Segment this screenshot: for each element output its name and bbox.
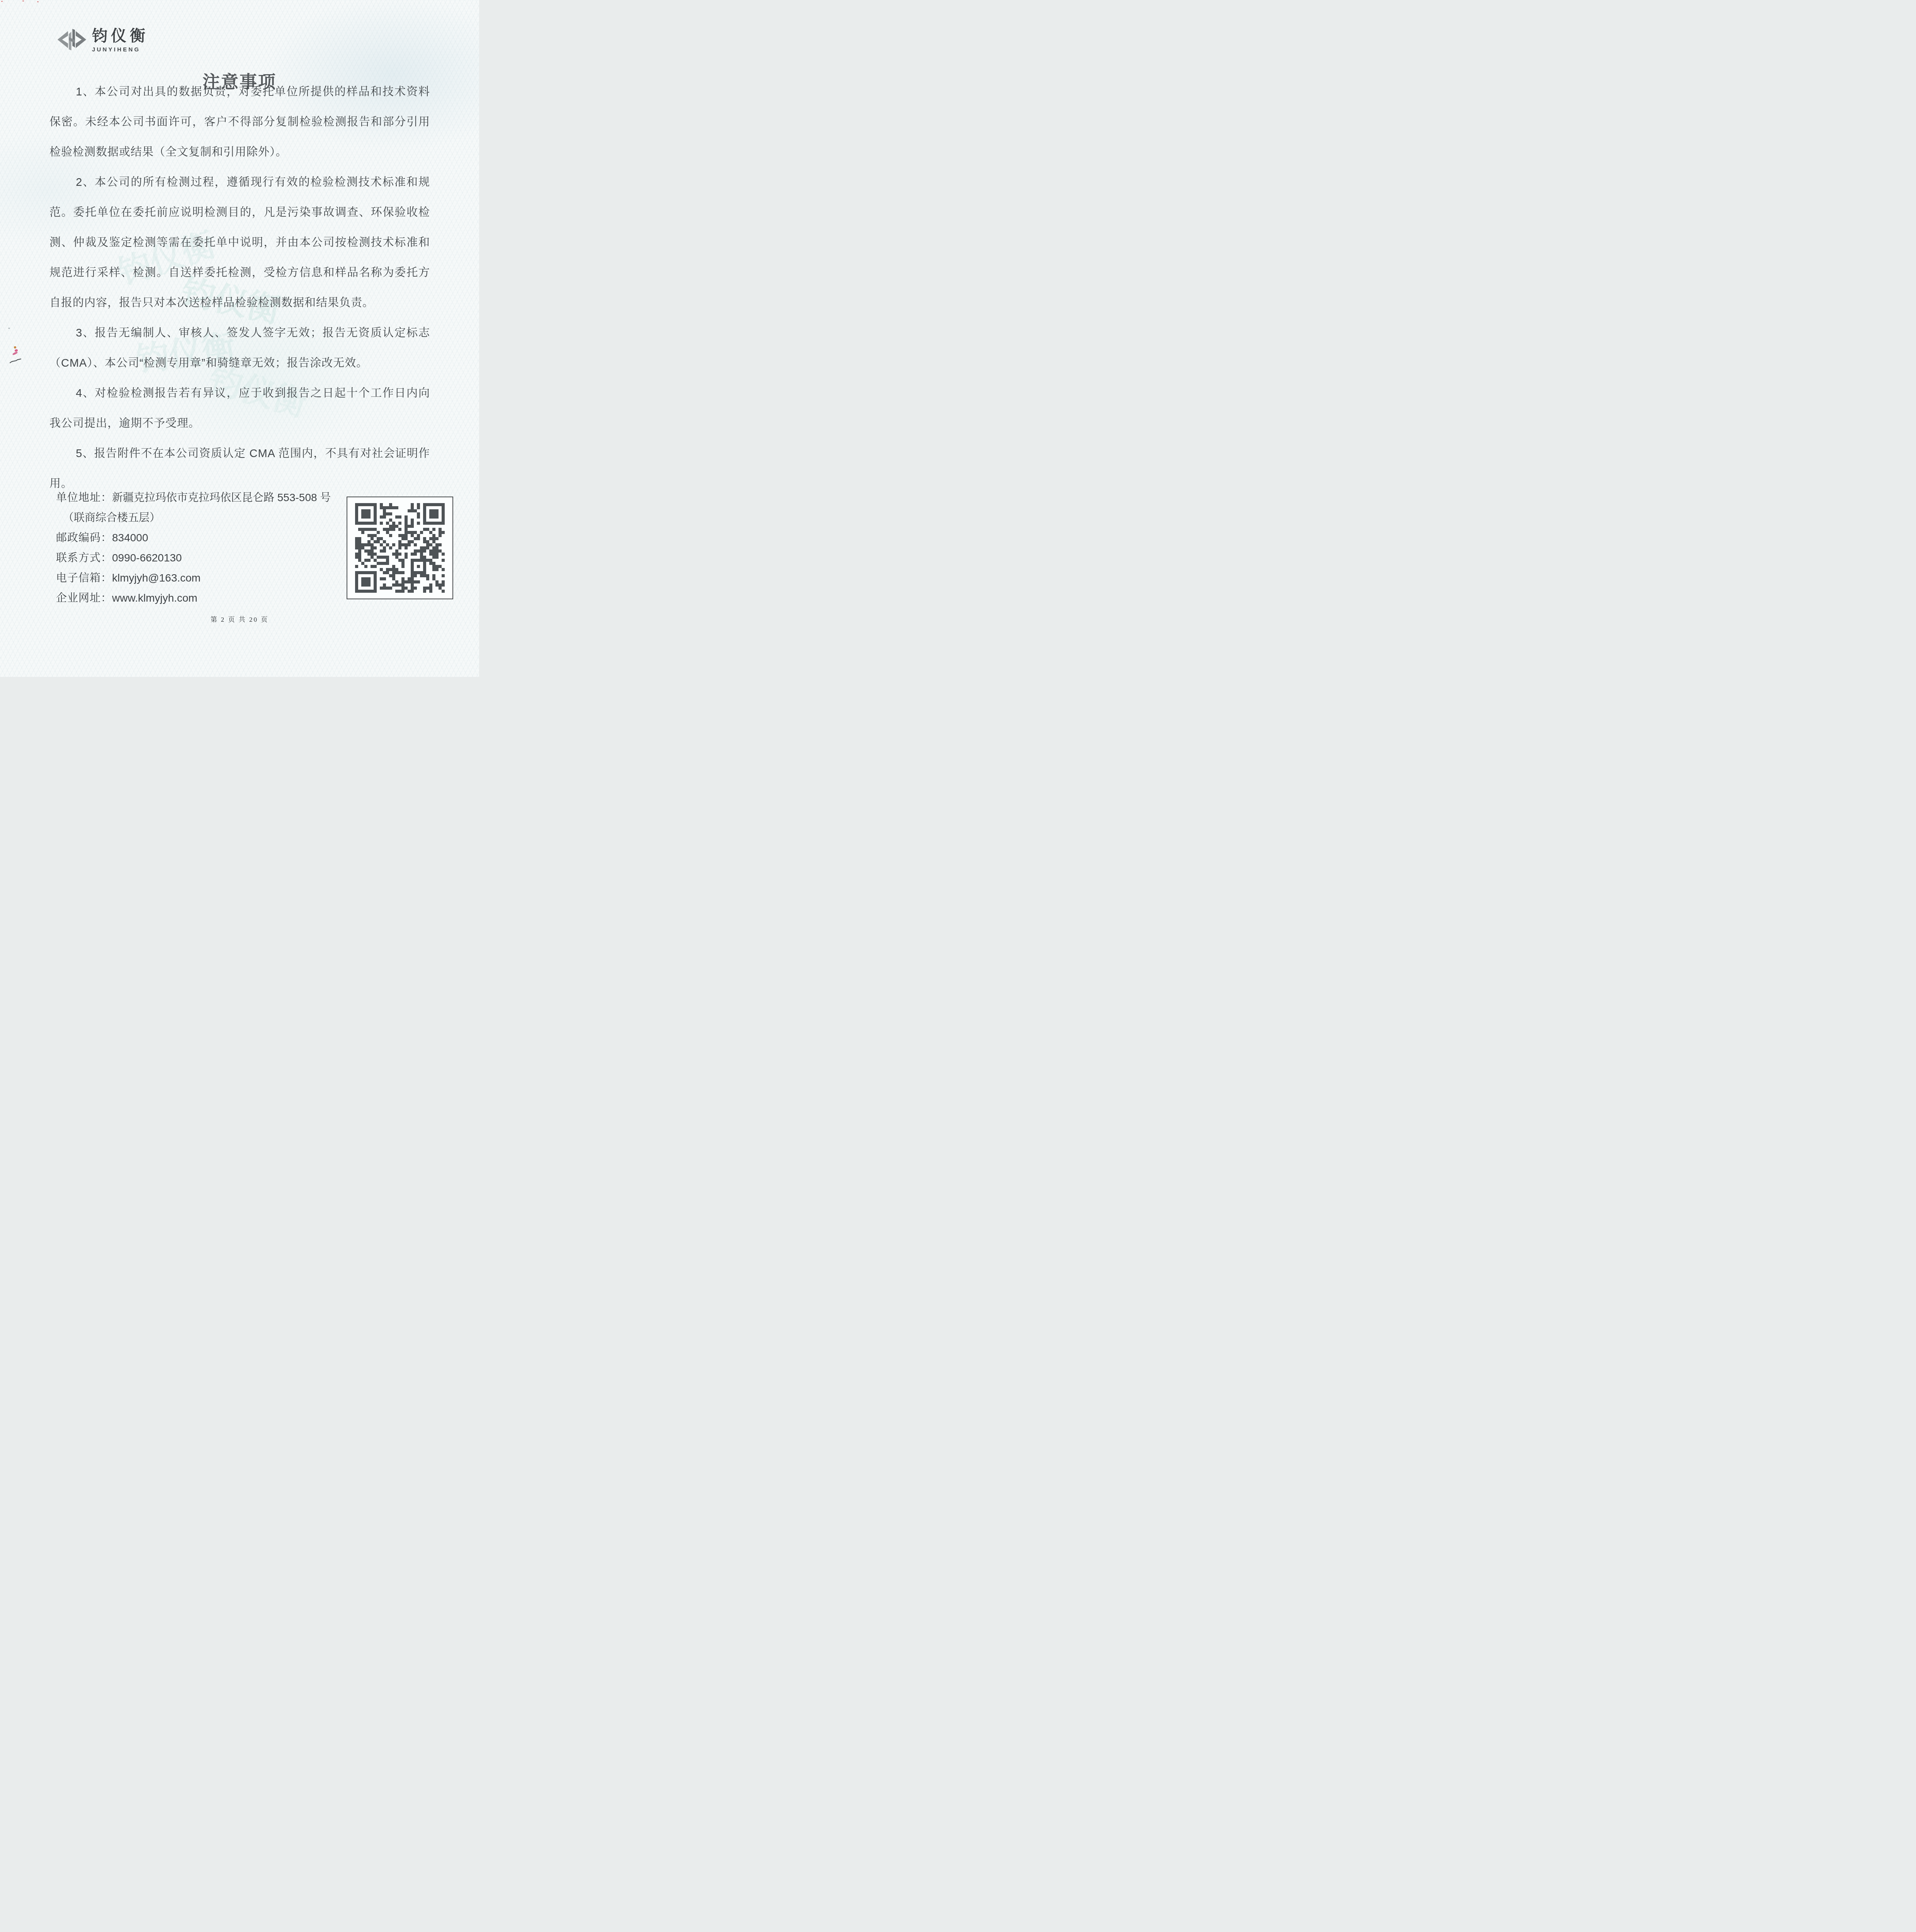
company-logo: 钧仪衡 JUNYIHENG: [56, 28, 149, 53]
scan-artifact: [9, 358, 22, 364]
contact-row-email: 电子信箱：klmyjyh@163.com: [56, 568, 350, 588]
scanned-report-page: 钧仪衡 钧仪衡 钧仪衡 钧仪衡 钧仪衡 JUNYIHENG 注意事项 1、本公司…: [0, 0, 479, 677]
note-paragraph-1: 1、本公司对出具的数据负责，对委托单位所提供的样品和技术资料保密。未经本公司书面…: [49, 77, 430, 167]
note-paragraph-4: 4、对检验检测报告若有异议，应于收到报告之日起十个工作日内向我公司提出，逾期不予…: [49, 378, 430, 439]
company-name-en: JUNYIHENG: [92, 46, 149, 53]
contact-block: 单位地址：新疆克拉玛依市克拉玛依区昆仑路 553-508 号 （联商综合楼五层）…: [56, 488, 350, 608]
contact-label: 单位地址：: [56, 492, 112, 503]
notes-body: 1、本公司对出具的数据负责，对委托单位所提供的样品和技术资料保密。未经本公司书面…: [49, 77, 430, 500]
qr-code: [347, 497, 453, 599]
contact-label: 企业网址：: [56, 592, 112, 604]
scan-artifact: [14, 349, 18, 352]
contact-value: 新疆克拉玛依市克拉玛依区昆仑路 553-508 号: [112, 492, 331, 503]
scan-artifact: [14, 346, 16, 349]
contact-value: 0990-6620130: [112, 552, 182, 564]
scan-artifact: [12, 351, 18, 355]
scan-artifact: [22, 0, 24, 2]
note-paragraph-2: 2、本公司的所有检测过程，遵循现行有效的检验检测技术标准和规范。委托单位在委托前…: [49, 167, 430, 318]
contact-row-postcode: 邮政编码：834000: [56, 528, 350, 548]
contact-value: www.klmyjyh.com: [112, 592, 197, 604]
contact-row-website: 企业网址：www.klmyjyh.com: [56, 588, 350, 608]
note-paragraph-3: 3、报告无编制人、审核人、签发人签字无效；报告无资质认定标志（CMA）、本公司“…: [49, 318, 430, 378]
contact-row-address: 单位地址：新疆克拉玛依市克拉玛依区昆仑路 553-508 号: [56, 488, 350, 508]
contact-value: （联商综合楼五层）: [63, 512, 160, 524]
contact-label: 邮政编码：: [56, 532, 112, 544]
scan-artifact: [8, 328, 10, 329]
scan-artifact: [1, 1, 3, 2]
company-name-cn: 钧仪衡: [92, 28, 149, 44]
qr-code-canvas: [355, 503, 445, 593]
contact-row-phone: 联系方式：0990-6620130: [56, 548, 350, 568]
page-number: 第 2 页 共 20 页: [0, 614, 479, 624]
contact-row-address-2: （联商综合楼五层）: [56, 508, 350, 528]
company-logo-text: 钧仪衡 JUNYIHENG: [92, 28, 149, 53]
contact-label: 联系方式：: [56, 552, 112, 564]
contact-value: klmyjyh@163.com: [112, 572, 201, 584]
scan-artifact: [37, 1, 39, 2]
contact-label: 电子信箱：: [56, 572, 112, 584]
company-logo-mark-icon: [56, 28, 87, 51]
contact-value: 834000: [112, 532, 148, 544]
